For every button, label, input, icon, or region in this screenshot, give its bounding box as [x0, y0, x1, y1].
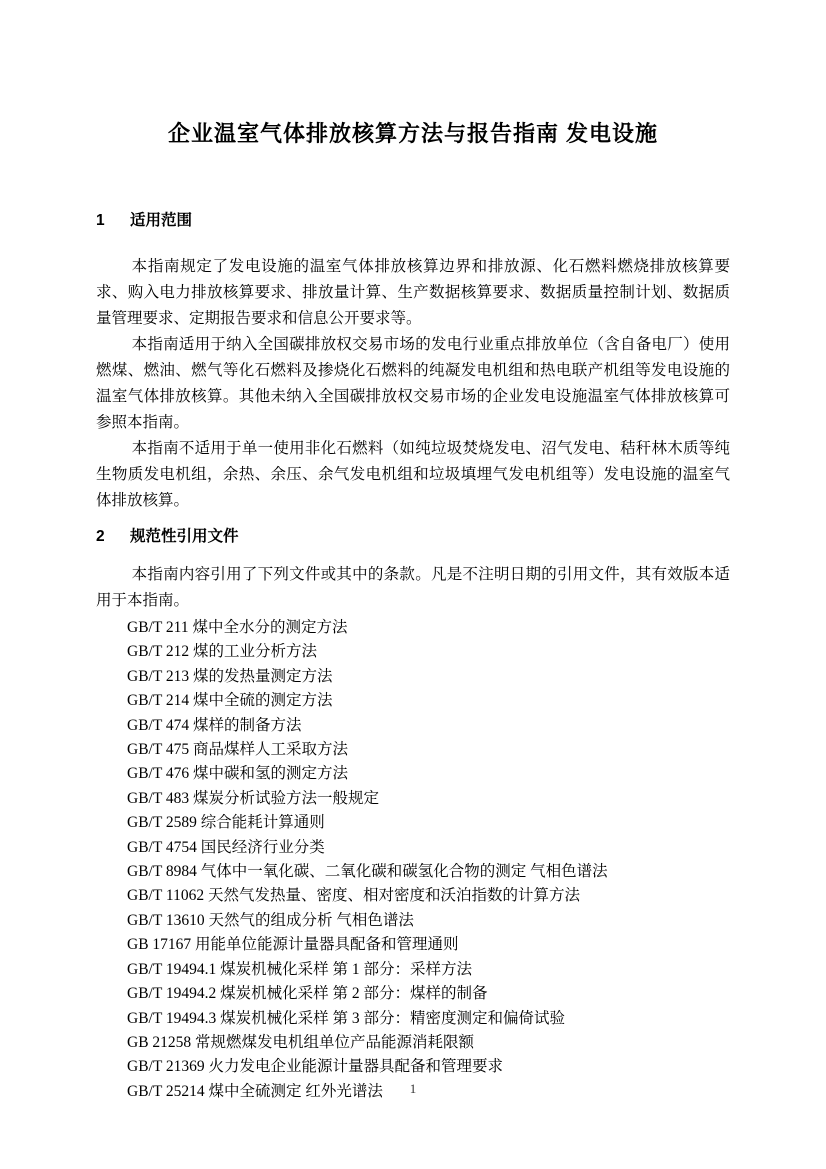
page-title: 企业温室气体排放核算方法与报告指南 发电设施 — [96, 118, 730, 150]
reference-item: GB 17167 用能单位能源计量器具配备和管理通则 — [96, 933, 730, 957]
paragraph: 本指南规定了发电设施的温室气体排放核算边界和排放源、化石燃料燃烧排放核算要求、购… — [96, 254, 730, 332]
page-content: 企业温室气体排放核算方法与报告指南 发电设施 1 适用范围 本指南规定了发电设施… — [0, 118, 826, 1104]
paragraph: 本指南内容引用了下列文件或其中的条款。凡是不注明日期的引用文件，其有效版本适用于… — [96, 562, 730, 614]
reference-item: GB/T 474 煤样的制备方法 — [96, 714, 730, 738]
section-2-heading: 2 规范性引用文件 — [96, 526, 730, 548]
section-1-heading: 1 适用范围 — [96, 210, 730, 232]
reference-item: GB/T 211 煤中全水分的测定方法 — [96, 616, 730, 640]
reference-item: GB/T 483 煤炭分析试验方法一般规定 — [96, 787, 730, 811]
reference-item: GB/T 214 煤中全硫的测定方法 — [96, 689, 730, 713]
paragraph: 本指南不适用于单一使用非化石燃料（如纯垃圾焚烧发电、沼气发电、秸秆林木质等纯生物… — [96, 436, 730, 514]
reference-item: GB/T 8984 气体中一氧化碳、二氧化碳和碳氢化合物的测定 气相色谱法 — [96, 860, 730, 884]
reference-list: GB/T 211 煤中全水分的测定方法 GB/T 212 煤的工业分析方法 GB… — [96, 616, 730, 1104]
reference-item: GB/T 21369 火力发电企业能源计量器具配备和管理要求 — [96, 1055, 730, 1079]
reference-item: GB/T 212 煤的工业分析方法 — [96, 640, 730, 664]
section-1-number: 1 — [96, 210, 130, 232]
section-2-number: 2 — [96, 526, 130, 548]
reference-item: GB/T 13610 天然气的组成分析 气相色谱法 — [96, 909, 730, 933]
document-page: 企业温室气体排放核算方法与报告指南 发电设施 1 适用范围 本指南规定了发电设施… — [0, 0, 826, 1169]
reference-item: GB/T 476 煤中碳和氢的测定方法 — [96, 762, 730, 786]
reference-item: GB/T 2589 综合能耗计算通则 — [96, 811, 730, 835]
section-2-heading-label: 规范性引用文件 — [130, 526, 239, 548]
reference-item: GB/T 213 煤的发热量测定方法 — [96, 665, 730, 689]
reference-item: GB 21258 常规燃煤发电机组单位产品能源消耗限额 — [96, 1031, 730, 1055]
reference-item: GB/T 4754 国民经济行业分类 — [96, 836, 730, 860]
reference-item: GB/T 11062 天然气发热量、密度、相对密度和沃泊指数的计算方法 — [96, 884, 730, 908]
section-2-body: 本指南内容引用了下列文件或其中的条款。凡是不注明日期的引用文件，其有效版本适用于… — [96, 562, 730, 614]
reference-item: GB/T 19494.1 煤炭机械化采样 第 1 部分：采样方法 — [96, 958, 730, 982]
paragraph: 本指南适用于纳入全国碳排放权交易市场的发电行业重点排放单位（含自备电厂）使用燃煤… — [96, 332, 730, 436]
reference-item: GB/T 475 商品煤样人工采取方法 — [96, 738, 730, 762]
section-1-body: 本指南规定了发电设施的温室气体排放核算边界和排放源、化石燃料燃烧排放核算要求、购… — [96, 254, 730, 514]
page-number: 1 — [0, 1081, 826, 1097]
reference-item: GB/T 19494.2 煤炭机械化采样 第 2 部分：煤样的制备 — [96, 982, 730, 1006]
reference-item: GB/T 19494.3 煤炭机械化采样 第 3 部分：精密度测定和偏倚试验 — [96, 1007, 730, 1031]
section-1-heading-label: 适用范围 — [130, 210, 192, 232]
